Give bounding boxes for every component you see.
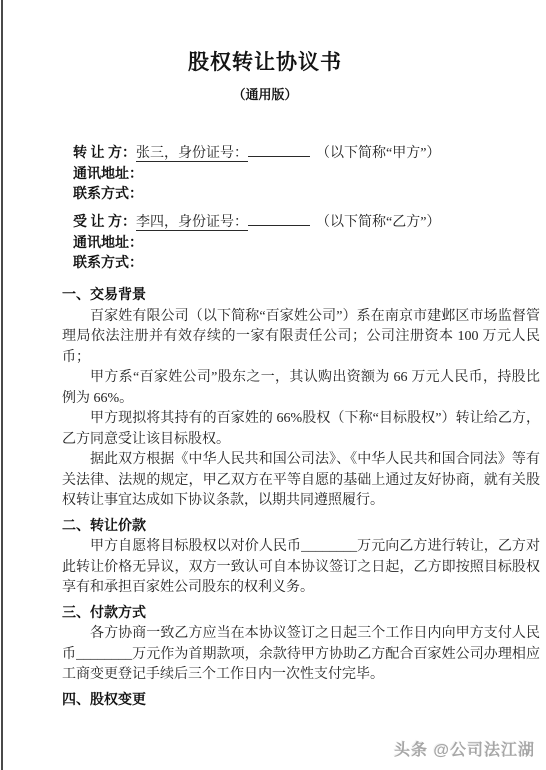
section-1-paragraph: 百家姓有限公司（以下简称“百家姓公司”）系在南京市建邺区市场监督管理局依法注册并… (62, 307, 540, 369)
transferor-name-id: 张三，身份证号： (136, 146, 248, 162)
transferee-role-label: 受 让 方： (73, 215, 136, 230)
section-transaction-background: 一、交易背景 百家姓有限公司（以下简称“百家姓公司”）系在南京市建邺区市场监督管… (62, 286, 540, 512)
transferee-line: 受 让 方：李四，身份证号：（以下简称“乙方”） (73, 212, 538, 234)
section-1-paragraph: 甲方现拟将其持有的百家姓的 66%股权（下称“目标股权”）转让给乙方，乙方同意受… (62, 409, 540, 450)
section-1-heading: 一、交易背景 (62, 286, 540, 307)
section-payment-method: 三、付款方式 各方协商一致乙方应当在本协议签订之日起三个工作日内向甲方支付人民币… (62, 599, 540, 686)
transferee-address-label: 通讯地址： (73, 234, 538, 255)
section-3-paragraph: 各方协商一致乙方应当在本协议签订之日起三个工作日内向甲方支付人民币_______… (62, 624, 540, 686)
agreement-body: 一、交易背景 百家姓有限公司（以下简称“百家姓公司”）系在南京市建邺区市场监督管… (62, 286, 540, 711)
transferor-address-label: 通讯地址： (73, 165, 538, 186)
transferor-line: 转 让 方：张三，身份证号：（以下简称“甲方”） (73, 143, 538, 165)
section-1-paragraph: 甲方系“百家姓公司”股东之一，其认购出资额为 66 万元人民币，持股比例为 66… (62, 368, 540, 409)
transferor-alias-note: （以下简称“甲方”） (310, 146, 440, 161)
party-transferor-block: 转 让 方：张三，身份证号：（以下简称“甲方”） 通讯地址： 联系方式： (73, 143, 538, 206)
transferee-contact-label: 联系方式： (73, 254, 538, 275)
section-4-heading: 四、股权变更 (62, 686, 540, 712)
document-page: 股权转让协议书 （通用版） 转 让 方：张三，身份证号：（以下简称“甲方”） 通… (0, 0, 546, 770)
document-title: 股权转让协议书 (0, 46, 530, 76)
section-transfer-price: 二、转让价款 甲方自愿将目标股权以对价人民币________万元向乙方进行转让，… (62, 512, 540, 599)
party-transferee-block: 受 让 方：李四，身份证号：（以下简称“乙方”） 通讯地址： 联系方式： (73, 212, 538, 275)
transferee-alias-note: （以下简称“乙方”） (310, 215, 440, 230)
transferor-contact-label: 联系方式： (73, 185, 538, 206)
scan-edge-line (1, 0, 3, 770)
section-1-paragraph: 据此双方根据《中华人民共和国公司法》、《中华人民共和国合同法》等有关法律、法规的… (62, 450, 540, 512)
section-2-paragraph: 甲方自愿将目标股权以对价人民币________万元向乙方进行转让，乙方对此转让价… (62, 537, 540, 599)
transferor-id-blank (248, 143, 310, 157)
transferor-role-label: 转 让 方： (73, 146, 136, 161)
section-3-heading: 三、付款方式 (62, 599, 540, 625)
section-2-heading: 二、转让价款 (62, 512, 540, 538)
transferee-id-blank (248, 212, 310, 226)
transferee-name-id: 李四，身份证号： (136, 215, 248, 231)
document-subtitle: （通用版） (0, 84, 530, 103)
watermark-badge: 头条 @公司法江湖 (394, 737, 535, 760)
section-equity-change: 四、股权变更 (62, 686, 540, 712)
